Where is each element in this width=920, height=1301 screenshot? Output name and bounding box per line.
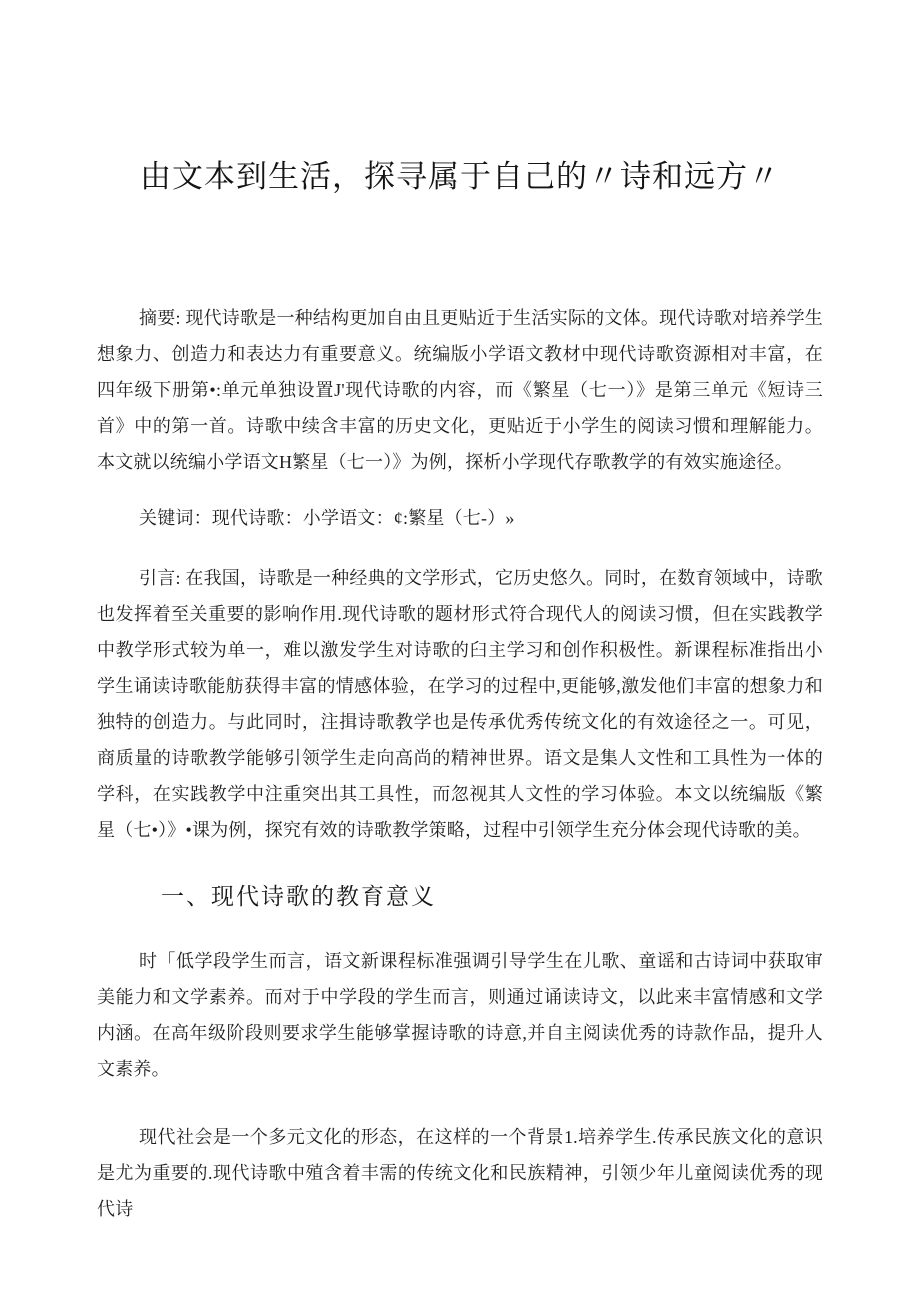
introduction-paragraph: 引言: 在我国，诗歌是一种经典的文学形式，它历史悠久。同时，在数育领域中，诗歌也… xyxy=(97,560,823,848)
section-one-heading: 一、现代诗歌的教育意义 xyxy=(97,879,823,915)
keywords-line: 关键词：现代诗歌：小学语文：¢:繁星（七-）» xyxy=(97,500,823,536)
section-one-paragraph-1: 时「低学段学生而言，语文新课程标准强调引导学生在儿歌、童谣和古诗词中获取审美能力… xyxy=(97,943,823,1087)
section-one-paragraph-2: 现代社会是一个多元文化的形态，在这样的一个背景1.培养学生.传承民族文化的意识是… xyxy=(97,1119,823,1227)
abstract-paragraph: 摘要: 现代诗歌是一种结构更加自由且更贴近于生活实际的文体。现代诗歌对培养学生想… xyxy=(97,300,823,480)
document-page: 由文本到生活，探寻属于自己的〃诗和远方〃 摘要: 现代诗歌是一种结构更加自由且更… xyxy=(0,0,920,1301)
document-title: 由文本到生活，探寻属于自己的〃诗和远方〃 xyxy=(97,155,823,199)
